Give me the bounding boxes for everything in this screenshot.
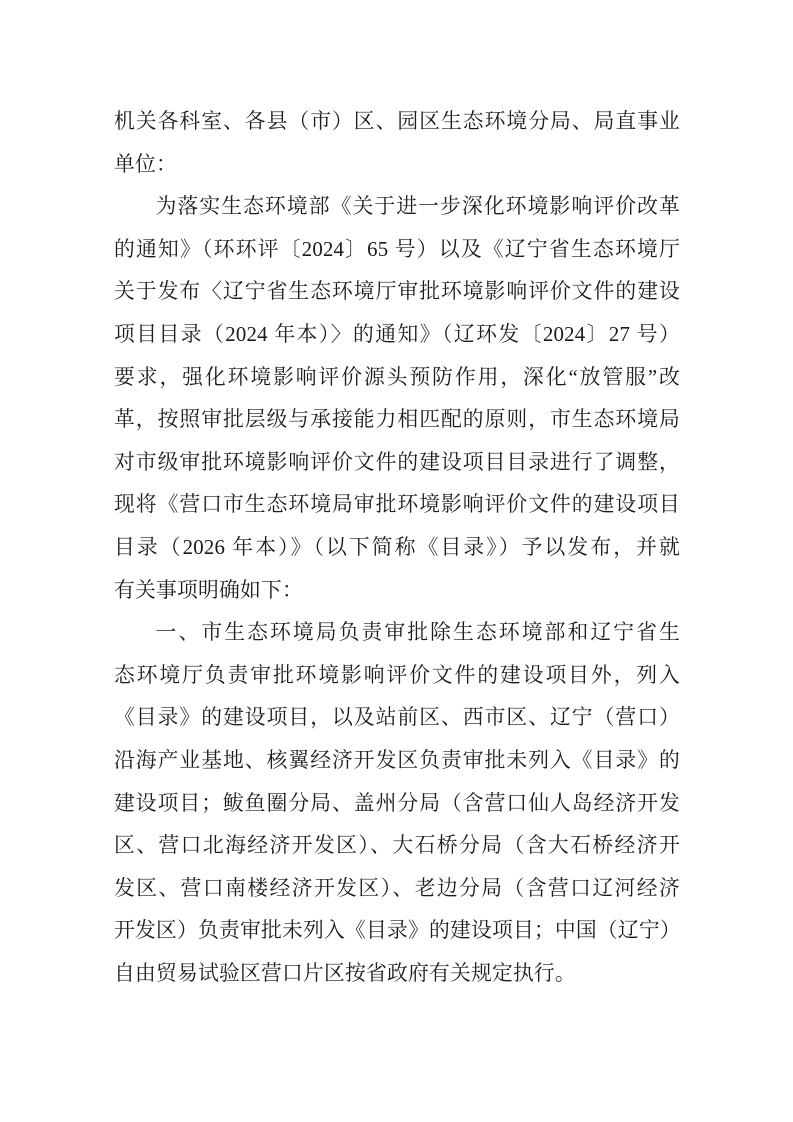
- paragraph-item-one: 一、市生态环境局负责审批除生态环境部和辽宁省生态环境厅负责审批环境影响评价文件的…: [114, 612, 680, 995]
- text-line: 目录（2026 年本）》（以下简称《目录》）予以发布，并就: [114, 527, 680, 570]
- text-line: 态环境厅负责审批环境影响评价文件的建设项目外，列入: [114, 655, 680, 698]
- text-line: 沿海产业基地、核翼经济开发区负责审批未列入《目录》的: [114, 740, 680, 783]
- text-line: 一、市生态环境局负责审批除生态环境部和辽宁省生: [114, 612, 680, 655]
- text-line: 建设项目；鲅鱼圈分局、盖州分局（含营口仙人岛经济开发: [114, 783, 680, 826]
- text-line: 区、营口北海经济开发区）、大石桥分局（含大石桥经济开: [114, 825, 680, 868]
- document-page: 机关各科室、各县（市）区、园区生态环境分局、局直事业单位：为落实生态环境部《关于…: [0, 0, 793, 1122]
- document-body: 机关各科室、各县（市）区、园区生态环境分局、局直事业单位：为落实生态环境部《关于…: [114, 101, 680, 995]
- text-line: 自由贸易试验区营口片区按省政府有关规定执行。: [114, 953, 680, 996]
- text-line: 开发区）负责审批未列入《目录》的建设项目；中国（辽宁）: [114, 910, 680, 953]
- text-line: 要求，强化环境影响评价源头预防作用，深化“放管服”改: [114, 357, 680, 400]
- paragraph-intro: 为落实生态环境部《关于进一步深化环境影响评价改革的通知》（环环评〔2024〕65…: [114, 186, 680, 612]
- text-line: 为落实生态环境部《关于进一步深化环境影响评价改革: [114, 186, 680, 229]
- text-line: 机关各科室、各县（市）区、园区生态环境分局、局直事业: [114, 101, 680, 144]
- text-line: 《目录》的建设项目，以及站前区、西市区、辽宁（营口）: [114, 697, 680, 740]
- text-line: 发区、营口南楼经济开发区）、老边分局（含营口辽河经济: [114, 868, 680, 911]
- text-line: 的通知》（环环评〔2024〕65 号）以及《辽宁省生态环境厅: [114, 229, 680, 272]
- paragraph-salutation: 机关各科室、各县（市）区、园区生态环境分局、局直事业单位：: [114, 101, 680, 186]
- text-line: 单位：: [114, 144, 680, 187]
- text-line: 有关事项明确如下：: [114, 570, 680, 613]
- text-line: 对市级审批环境影响评价文件的建设项目目录进行了调整，: [114, 442, 680, 485]
- text-line: 现将《营口市生态环境局审批环境影响评价文件的建设项目: [114, 484, 680, 527]
- text-line: 革，按照审批层级与承接能力相匹配的原则，市生态环境局: [114, 399, 680, 442]
- text-line: 项目目录（2024 年本）〉的通知》（辽环发〔2024〕27 号）: [114, 314, 680, 357]
- text-line: 关于发布〈辽宁省生态环境厅审批环境影响评价文件的建设: [114, 271, 680, 314]
